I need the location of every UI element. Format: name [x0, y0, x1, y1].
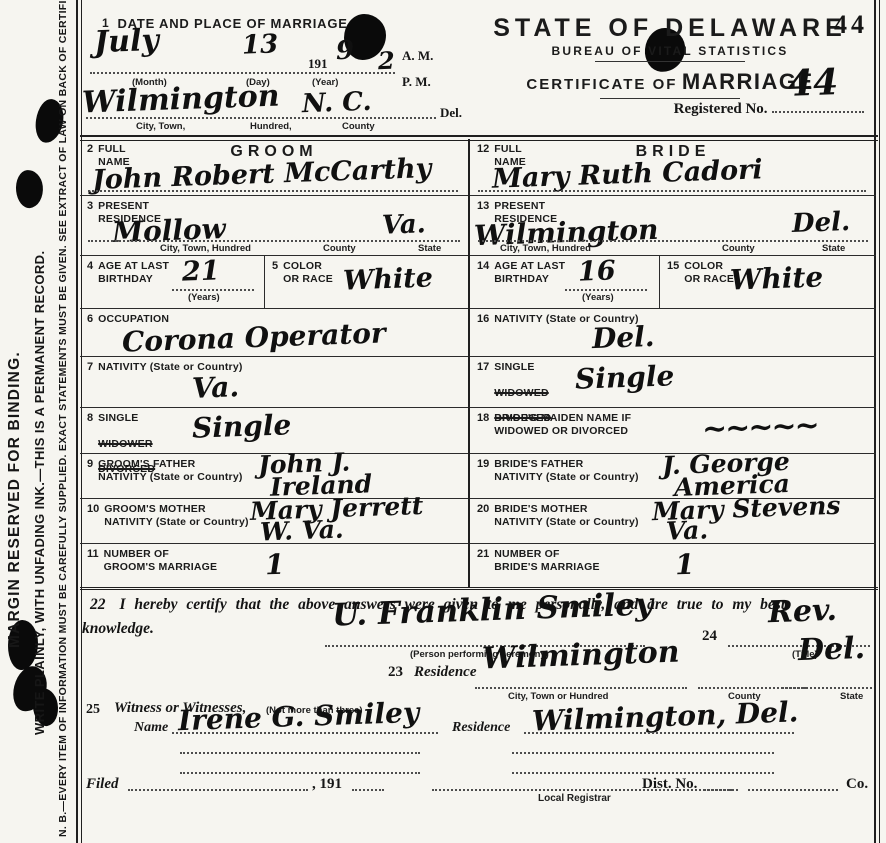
- bride-color-value: White: [729, 260, 823, 296]
- certification-section: 22I hereby certify that the above answer…: [80, 590, 878, 843]
- field-bride-marriage-number: 21NUMBER OF BRIDE'S MARRIAGE 1: [470, 544, 876, 588]
- field-bride-maiden-name: 18BRIDE'S MAIDEN NAME IF WIDOWED OR DIVO…: [470, 408, 876, 454]
- officiant-residence-value: Wilmington: [481, 635, 680, 677]
- caption-state: State: [822, 243, 845, 254]
- dotted-fill-line: [475, 687, 687, 689]
- state-title: STATE OF DELAWARE: [462, 14, 878, 43]
- marriage-month-value: July: [93, 23, 159, 60]
- hundred-caption: Hundred,: [250, 121, 292, 132]
- caption-county: County: [323, 243, 356, 254]
- county-caption: County: [342, 121, 375, 132]
- bride-marriage-number-value: 1: [674, 548, 695, 582]
- field-bride-color: 15COLOR OR RACE White: [660, 256, 876, 308]
- certify-statement-cont: knowledge.: [82, 620, 282, 638]
- dotted-fill-line: [512, 752, 774, 754]
- dotted-fill-line: [88, 240, 460, 242]
- field-number-25: 25: [86, 702, 100, 718]
- field-bride-full-name: 12FULL NAME BRIDE Mary Ruth Cadori: [470, 139, 876, 196]
- field-groom-age: 4AGE AT LAST BIRTHDAY 21 (Years): [80, 256, 265, 308]
- caption-county: County: [722, 243, 755, 254]
- groom-column: 2FULL NAME GROOM John Robert McCarthy 3P…: [80, 139, 470, 587]
- dotted-fill-line: [524, 732, 794, 734]
- groom-age-value: 21: [181, 255, 220, 287]
- field-date-place: 1 DATE AND PLACE OF MARRIAGE July 13 191…: [80, 0, 462, 137]
- marriage-year-value: 9: [335, 36, 354, 67]
- bride-residence-state-value: Del.: [791, 207, 850, 239]
- am-label: A. M.: [402, 48, 433, 64]
- field-groom-age-color: 4AGE AT LAST BIRTHDAY 21 (Years) 5COLOR …: [80, 256, 468, 309]
- dotted-fill-line: [352, 789, 384, 791]
- registered-no-value: 44: [787, 61, 839, 105]
- field-groom-full-name: 2FULL NAME GROOM John Robert McCarthy: [80, 139, 468, 196]
- dotted-fill-line: [478, 240, 868, 242]
- dotted-fill-line: [180, 752, 420, 754]
- officiant-title-value: Rev.: [767, 593, 837, 630]
- witness-name-label: Name: [134, 720, 168, 736]
- groom-residence-state-value: Va.: [381, 209, 426, 241]
- marriage-certificate-scan: N. B.—EVERY ITEM OF INFORMATION MUST BE …: [0, 0, 886, 843]
- dotted-fill-line: [704, 789, 738, 791]
- bride-mother-nativity-value: Va.: [666, 515, 709, 545]
- margin-note-outer: MARGIN RESERVED FOR BINDING.: [6, 248, 24, 648]
- bureau-title: BUREAU OF VITAL STATISTICS: [462, 44, 878, 58]
- caption-years: (Years): [188, 292, 220, 303]
- caption-city-town-hundred: City, Town, Hundred: [160, 243, 251, 254]
- field-groom-occupation: 6OCCUPATION Corona Operator: [80, 309, 468, 357]
- field-bride-residence: 13PRESENT RESIDENCE Wilmington Del. City…: [470, 196, 876, 256]
- field-bride-nativity: 16NATIVITY (State or Country) Del.: [470, 309, 876, 357]
- bride-nativity-value: Del.: [591, 320, 655, 355]
- field-groom-nativity: 7NATIVITY (State or Country) Va.: [80, 357, 468, 408]
- bride-column: 12FULL NAME BRIDE Mary Ruth Cadori 13PRE…: [470, 139, 876, 587]
- dotted-fill-line: [748, 789, 838, 791]
- groom-mother-nativity-value: W. Va.: [260, 515, 345, 547]
- marriage-day-value: 13: [241, 29, 278, 60]
- witness-residence-label: Residence: [452, 720, 510, 736]
- dotted-fill-line: [478, 190, 866, 192]
- field-groom-marital-status: 8 SINGLE WIDOWER DIVORCED Single: [80, 408, 468, 454]
- rule: [595, 61, 745, 64]
- pm-label: P. M.: [402, 74, 431, 90]
- dotted-fill-line: [565, 289, 647, 291]
- corner-number: 44: [834, 10, 868, 40]
- field-bride-age-color: 14AGE AT LAST BIRTHDAY 16 (Years) 15COLO…: [470, 256, 876, 309]
- dotted-fill-line: [782, 687, 872, 689]
- caption-state: State: [418, 243, 441, 254]
- dotted-fill-line: [128, 789, 308, 791]
- filed-label: Filed: [86, 776, 119, 793]
- groom-marital-value: Single: [191, 408, 291, 444]
- field-bride-age: 14AGE AT LAST BIRTHDAY 16 (Years): [470, 256, 660, 308]
- caption-local-registrar: Local Registrar: [538, 793, 611, 804]
- bride-maiden-mark: ~~~~~: [701, 408, 818, 447]
- field-bride-marital-status: 17 SINGLE WIDOWED DIVORCED Single: [470, 357, 876, 408]
- field-groom-residence: 3PRESENT RESIDENCE Mollow Va. City, Town…: [80, 196, 468, 256]
- bride-marital-value: Single: [574, 359, 674, 395]
- city-caption: City, Town,: [136, 121, 185, 132]
- co-label: Co.: [846, 776, 868, 793]
- bride-age-value: 16: [577, 255, 616, 287]
- year-printed-prefix: 191: [308, 56, 328, 72]
- groom-marriage-number-value: 1: [264, 548, 285, 582]
- year-caption: (Year): [312, 77, 338, 88]
- dotted-fill-line: [172, 732, 438, 734]
- caption-state: State: [840, 691, 863, 702]
- officiant-signature: U. Franklin Smiley: [331, 586, 653, 633]
- officiant-residence-state-value: Del.: [797, 631, 865, 668]
- marriage-county-value: N. C.: [301, 87, 372, 119]
- field-number-23: 23: [388, 664, 403, 681]
- field-number-24: 24: [702, 628, 717, 645]
- field-groom-color: 5COLOR OR RACE White: [265, 256, 468, 308]
- dotted-fill-line: [172, 289, 254, 291]
- margin-note-middle: WRITE PLAINLY, WITH UNFADING INK.—THIS I…: [32, 95, 47, 735]
- dotted-fill-line: [180, 772, 420, 774]
- dotted-fill-line: [86, 117, 436, 119]
- filed-year-printed: , 191: [312, 776, 342, 793]
- dotted-fill-line: [90, 72, 395, 74]
- dotted-fill-line: [88, 190, 458, 192]
- groom-nativity-value: Va.: [191, 370, 239, 405]
- margin-note-inner: N. B.—EVERY ITEM OF INFORMATION MUST BE …: [57, 4, 69, 837]
- groom-color-value: White: [342, 262, 433, 296]
- groom-bride-table: 2FULL NAME GROOM John Robert McCarthy 3P…: [80, 139, 878, 590]
- field-number: 22: [90, 596, 106, 613]
- field-bride-mother: 20BRIDE'S MOTHER NATIVITY (State or Coun…: [470, 499, 876, 544]
- field-groom-marriage-number: 11NUMBER OF GROOM'S MARRIAGE 1: [80, 544, 468, 588]
- caption-city-town-hundred: City, Town, Hundred: [500, 243, 591, 254]
- witness-name-value: Irene G. Smiley: [177, 696, 419, 737]
- dotted-fill-line: [512, 772, 774, 774]
- caption-years: (Years): [582, 292, 614, 303]
- dotted-fill-line: [772, 111, 864, 113]
- residence-label: Residence: [414, 664, 476, 681]
- marriage-place-value: Wilmington: [81, 79, 280, 121]
- state-abbrev-label: Del.: [440, 105, 462, 121]
- field-groom-mother: 10GROOM'S MOTHER NATIVITY (State or Coun…: [80, 499, 468, 544]
- masthead: 44 STATE OF DELAWARE BUREAU OF VITAL STA…: [462, 0, 878, 137]
- dist-no-label: Dist. No.: [642, 776, 697, 793]
- caption-city-town-hundred: City, Town or Hundred: [508, 691, 608, 702]
- marriage-time-value: 2: [377, 46, 395, 76]
